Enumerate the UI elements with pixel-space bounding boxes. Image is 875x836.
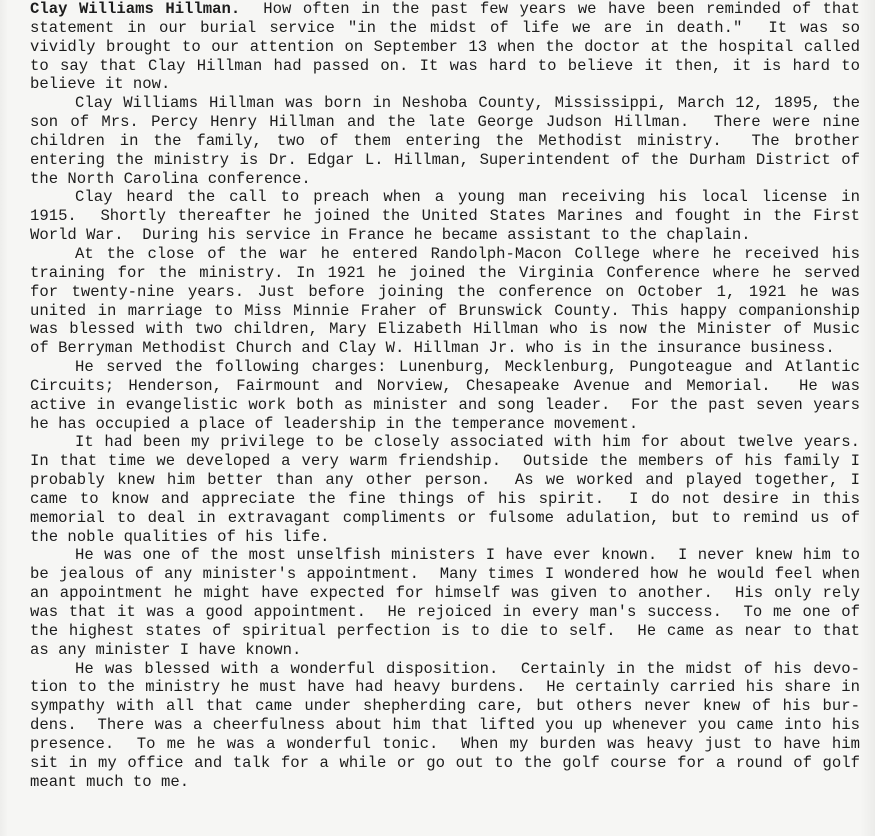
text-line: World War. During his service in France … bbox=[30, 226, 860, 245]
text-line: statement in our burial service "in the … bbox=[30, 19, 860, 38]
text-line: At the close of the war he entered Rando… bbox=[30, 245, 860, 264]
text-line: sympathy with all that came under shephe… bbox=[30, 697, 860, 716]
text-line: active in evangelistic work both as mini… bbox=[30, 396, 860, 415]
text-line: was that it was a good appointment. He r… bbox=[30, 603, 860, 622]
text-line: tion to the ministry he must have had he… bbox=[30, 678, 860, 697]
text-line: presence. To me he was a wonderful tonic… bbox=[30, 735, 860, 754]
text-line: Clay Williams Hillman. How often in the … bbox=[30, 0, 860, 19]
text-line: training for the ministry. In 1921 he jo… bbox=[30, 264, 860, 283]
text-line: he has occupied a place of leadership in… bbox=[30, 415, 860, 434]
paragraph-education: At the close of the war he entered Rando… bbox=[30, 245, 860, 358]
paragraph-birth: Clay Williams Hillman was born in Neshob… bbox=[30, 94, 860, 188]
text-line: sit in my office and talk for a while or… bbox=[30, 754, 860, 773]
text-line: united in marriage to Miss Minnie Fraher… bbox=[30, 302, 860, 321]
text-line: It had been my privilege to be closely a… bbox=[30, 433, 860, 452]
paragraph-unselfish: He was one of the most unselfish ministe… bbox=[30, 546, 860, 659]
paragraph-calling: Clay heard the call to preach when a you… bbox=[30, 188, 860, 245]
text-line: the noble qualities of his life. bbox=[30, 528, 860, 547]
text-line: of Berryman Methodist Church and Clay W.… bbox=[30, 339, 860, 358]
paragraph-intro: Clay Williams Hillman. How often in the … bbox=[30, 0, 860, 94]
text-line: believe it now. bbox=[30, 75, 860, 94]
text-line: 1915. Shortly thereafter he joined the U… bbox=[30, 207, 860, 226]
text-line: son of Mrs. Percy Henry Hillman and the … bbox=[30, 113, 860, 132]
text-line: the North Carolina conference. bbox=[30, 170, 860, 189]
text-line: In that time we developed a very warm fr… bbox=[30, 452, 860, 471]
text-line: meant much to me. bbox=[30, 773, 860, 792]
text-line: dens. There was a cheerfulness about him… bbox=[30, 716, 860, 735]
text-line: an appointment he might have expected fo… bbox=[30, 584, 860, 603]
memorial-title: Clay Williams Hillman. bbox=[30, 0, 240, 18]
text-line: came to know and appreciate the fine thi… bbox=[30, 490, 860, 509]
text-line: He served the following charges: Lunenbu… bbox=[30, 358, 860, 377]
text-line: was blessed with two children, Mary Eliz… bbox=[30, 320, 860, 339]
scanned-page: Clay Williams Hillman. How often in the … bbox=[0, 0, 875, 836]
paragraph-charges: He served the following charges: Lunenbu… bbox=[30, 358, 860, 433]
text-line: memorial to deal in extravagant complime… bbox=[30, 509, 860, 528]
text-line: entering the ministry is Dr. Edgar L. Hi… bbox=[30, 151, 860, 170]
text-line: Circuits; Henderson, Fairmount and Norvi… bbox=[30, 377, 860, 396]
text-line: the highest states of spiritual perfecti… bbox=[30, 622, 860, 641]
text-line: He was blessed with a wonderful disposit… bbox=[30, 660, 860, 679]
paragraph-disposition: He was blessed with a wonderful disposit… bbox=[30, 660, 860, 792]
text-line: probably knew him better than any other … bbox=[30, 471, 860, 490]
paragraph-friendship: It had been my privilege to be closely a… bbox=[30, 433, 860, 546]
text-line: as any minister I have known. bbox=[30, 641, 860, 660]
text-line: Clay Williams Hillman was born in Neshob… bbox=[30, 94, 860, 113]
text-line: vividly brought to our attention on Sept… bbox=[30, 38, 860, 57]
text-line: be jealous of any minister's appointment… bbox=[30, 565, 860, 584]
text-line: Clay heard the call to preach when a you… bbox=[30, 188, 860, 207]
text-line: He was one of the most unselfish ministe… bbox=[30, 546, 860, 565]
text-line: children in the family, two of them ente… bbox=[30, 132, 860, 151]
text-line: to say that Clay Hillman had passed on. … bbox=[30, 57, 860, 76]
memorial-text: Clay Williams Hillman. How often in the … bbox=[30, 0, 860, 791]
text-line: for twenty-nine years. Just before joini… bbox=[30, 283, 860, 302]
